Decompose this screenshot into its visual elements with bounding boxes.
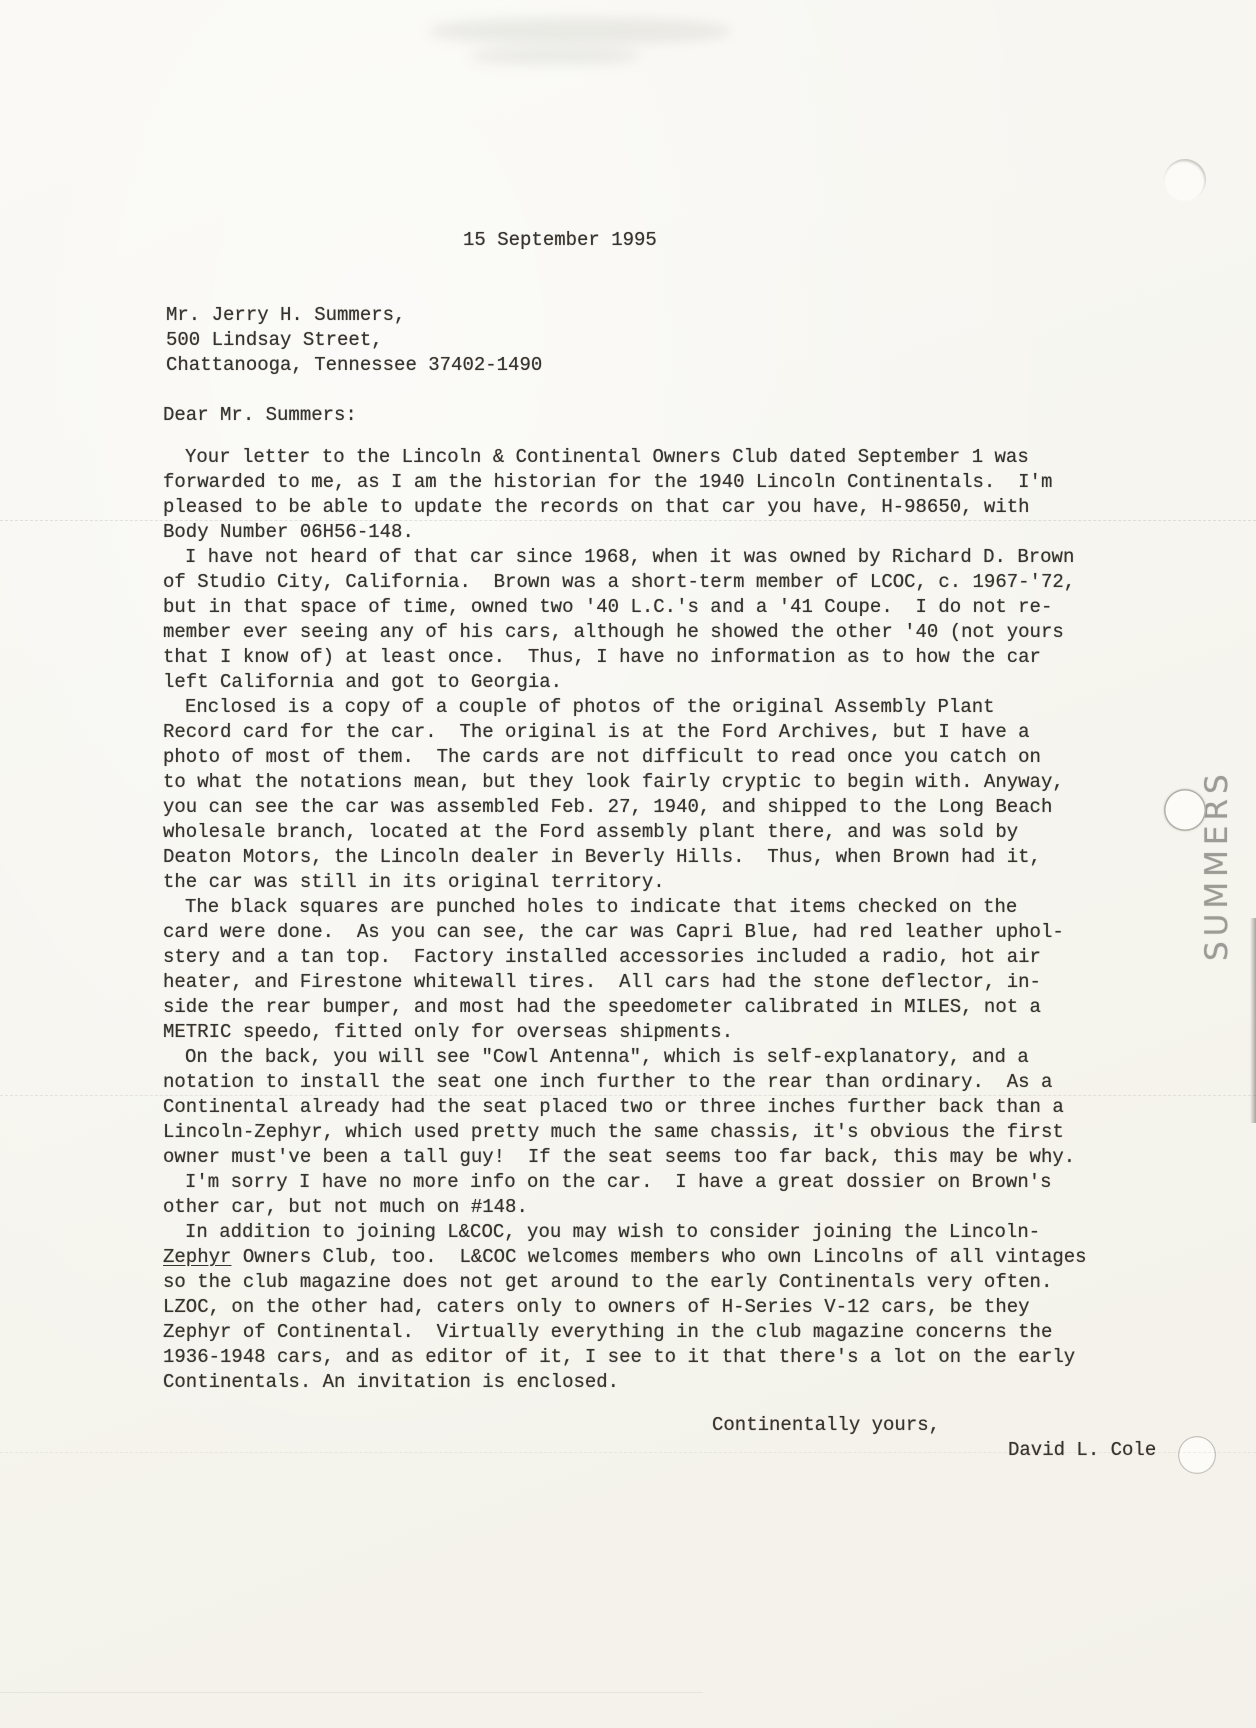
body-line: you can see the car was assembled Feb. 2… [163, 795, 1148, 820]
hole-punch-middle [1164, 789, 1206, 831]
body-line: Lincoln-Zephyr, which used pretty much t… [163, 1120, 1148, 1145]
body-line: photo of most of them. The cards are not… [163, 745, 1148, 770]
page-edge-shadow [1250, 918, 1256, 1123]
body-line: LZOC, on the other had, caters only to o… [163, 1295, 1148, 1320]
body-line: Deaton Motors, the Lincoln dealer in Bev… [163, 845, 1148, 870]
body-line: Record card for the car. The original is… [163, 720, 1148, 745]
scan-streak [0, 1692, 703, 1693]
body-line: forwarded to me, as I am the historian f… [163, 470, 1148, 495]
body-line: 1936-1948 cars, and as editor of it, I s… [163, 1345, 1148, 1370]
paragraph: Your letter to the Lincoln & Continental… [163, 445, 1148, 545]
body-line: Body Number 06H56-148. [163, 520, 1148, 545]
body-line: the car was still in its original territ… [163, 870, 1148, 895]
body-line: The black squares are punched holes to i… [163, 895, 1148, 920]
recipient-address: Mr. Jerry H. Summers, 500 Lindsay Street… [166, 303, 542, 378]
body-line: METRIC speedo, fitted only for overseas … [163, 1020, 1148, 1045]
body-line: Enclosed is a copy of a couple of photos… [163, 695, 1148, 720]
paragraph: I have not heard of that car since 1968,… [163, 545, 1148, 695]
body-line: so the club magazine does not get around… [163, 1270, 1148, 1295]
body-line: Continental already had the seat placed … [163, 1095, 1148, 1120]
body-line: side the rear bumper, and most had the s… [163, 995, 1148, 1020]
body-line: card were done. As you can see, the car … [163, 920, 1148, 945]
recipient-street-line: 500 Lindsay Street, [166, 328, 542, 353]
body-line: Zephyr of Continental. Virtually everyth… [163, 1320, 1148, 1345]
hole-punch-top [1164, 159, 1206, 201]
letter-date: 15 September 1995 [463, 228, 657, 253]
body-line: stery and a tan top. Factory installed a… [163, 945, 1148, 970]
body-line: notation to install the seat one inch fu… [163, 1070, 1148, 1095]
paragraph: In addition to joining L&COC, you may wi… [163, 1220, 1148, 1395]
letter-body: Your letter to the Lincoln & Continental… [163, 445, 1148, 1395]
paragraph: Enclosed is a copy of a couple of photos… [163, 695, 1148, 895]
body-line: On the back, you will see "Cowl Antenna"… [163, 1045, 1148, 1070]
recipient-name-line: Mr. Jerry H. Summers, [166, 303, 542, 328]
body-line: wholesale branch, located at the Ford as… [163, 820, 1148, 845]
ink-bleed-smudge [430, 18, 730, 44]
body-line: owner must've been a tall guy! If the se… [163, 1145, 1148, 1170]
body-line: but in that space of time, owned two '40… [163, 595, 1148, 620]
letter-page: 15 September 1995 Mr. Jerry H. Summers, … [0, 0, 1256, 1728]
body-line: heater, and Firestone whitewall tires. A… [163, 970, 1148, 995]
body-line: I have not heard of that car since 1968,… [163, 545, 1148, 570]
fold-crease [0, 1095, 1256, 1096]
closing-row: Continentally yours, David L. Cole [163, 1388, 1148, 1414]
body-line: pleased to be able to update the records… [163, 495, 1148, 520]
body-line: member ever seeing any of his cars, alth… [163, 620, 1148, 645]
body-line: Your letter to the Lincoln & Continental… [163, 445, 1148, 470]
recipient-city-line: Chattanooga, Tennessee 37402-1490 [166, 353, 542, 378]
hole-punch-bottom [1178, 1436, 1216, 1474]
body-line: other car, but not much on #148. [163, 1195, 1148, 1220]
closing-phrase: Continentally yours, [712, 1413, 940, 1438]
ink-bleed-smudge [470, 48, 640, 64]
body-line: that I know of) at least once. Thus, I h… [163, 645, 1148, 670]
salutation: Dear Mr. Summers: [163, 403, 357, 428]
body-line: I'm sorry I have no more info on the car… [163, 1170, 1148, 1195]
paragraph: I'm sorry I have no more info on the car… [163, 1170, 1148, 1220]
body-line: of Studio City, California. Brown was a … [163, 570, 1148, 595]
signature-name: David L. Cole [1008, 1438, 1156, 1463]
fold-crease [0, 1452, 1256, 1453]
paragraph: The black squares are punched holes to i… [163, 895, 1148, 1045]
body-line: to what the notations mean, but they loo… [163, 770, 1148, 795]
paragraph: On the back, you will see "Cowl Antenna"… [163, 1045, 1148, 1170]
body-line: left California and got to Georgia. [163, 670, 1148, 695]
body-line: Zephyr Owners Club, too. L&COC welcomes … [163, 1245, 1148, 1270]
body-line: In addition to joining L&COC, you may wi… [163, 1220, 1148, 1245]
summers-pencil-note: SUMMERS [1199, 775, 1243, 961]
fold-crease [0, 520, 1256, 521]
